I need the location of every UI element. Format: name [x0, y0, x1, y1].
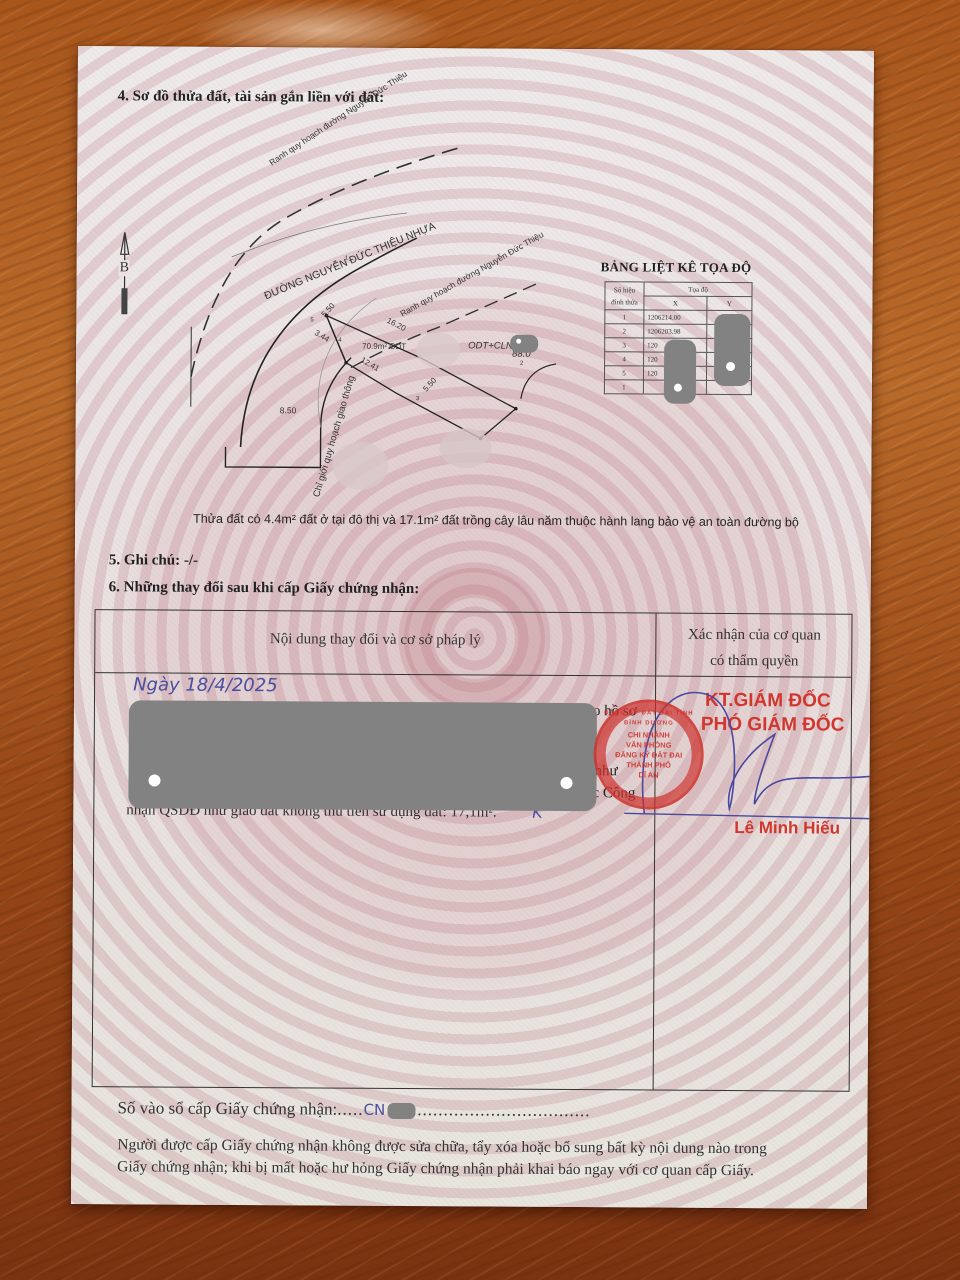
coord-header-point: Số hiệu đỉnh thửa: [605, 282, 644, 310]
footer-notice: Người được cấp Giấy chứng nhận không đượ…: [117, 1134, 847, 1182]
redaction-box: [664, 340, 696, 404]
vertex-label: 4: [338, 338, 341, 344]
official-stamp: ĐĂNG KÝ ĐẤT ĐAI TỈNH BÌNH DƯƠNG CHI NHÁN…: [593, 699, 704, 810]
section-5-note: 5. Ghi chú: -/-: [109, 552, 198, 570]
parcel-area-label: 70.9m² ODT: [362, 342, 406, 351]
registry-label: Số vào sổ cấp Giấy chứng nhận:: [117, 1098, 337, 1118]
edge-label: 8.50: [280, 405, 297, 415]
vertex-label: 5: [310, 317, 313, 323]
section-4-title: 4. Sơ đồ thửa đất, tài sản gắn liền với …: [118, 88, 385, 107]
redaction-box: [387, 1103, 415, 1119]
authority-column-header: Xác nhận của cơ quan có thẩm quyền: [657, 622, 851, 675]
redaction-box: [714, 314, 750, 386]
changes-column-header: Nội dung thay đổi và cơ sở pháp lý: [95, 630, 655, 650]
vertex-label: 3: [416, 396, 419, 402]
coord-header-y: Y: [707, 296, 752, 310]
registry-value: CN: [363, 1101, 385, 1119]
land-use-label: ODT+CLN: [468, 340, 513, 351]
coord-header-x: X: [644, 296, 707, 310]
redaction-box: [128, 700, 597, 811]
section-6-title: 6. Những thay đổi sau khi cấp Giấy chứng…: [109, 579, 420, 598]
redaction-box: [510, 335, 538, 353]
coord-header-coords: Tọa độ: [644, 282, 752, 297]
north-label: B: [119, 260, 130, 276]
vertex-label: 1: [345, 256, 348, 262]
handwritten-date: Ngày 18/4/2025: [133, 674, 278, 696]
changes-table: Nội dung thay đổi và cơ sở pháp lý Xác n…: [92, 609, 853, 1092]
vertex-label: 2: [520, 361, 523, 367]
coord-table-title: BẢNG LIỆT KÊ TỌA ĐỘ: [601, 259, 752, 276]
registry-number-line: Số vào sổ cấp Giấy chứng nhận:.....CN...…: [117, 1098, 590, 1121]
land-certificate-page: 4. Sơ đồ thửa đất, tài sản gắn liền với …: [71, 46, 874, 1209]
